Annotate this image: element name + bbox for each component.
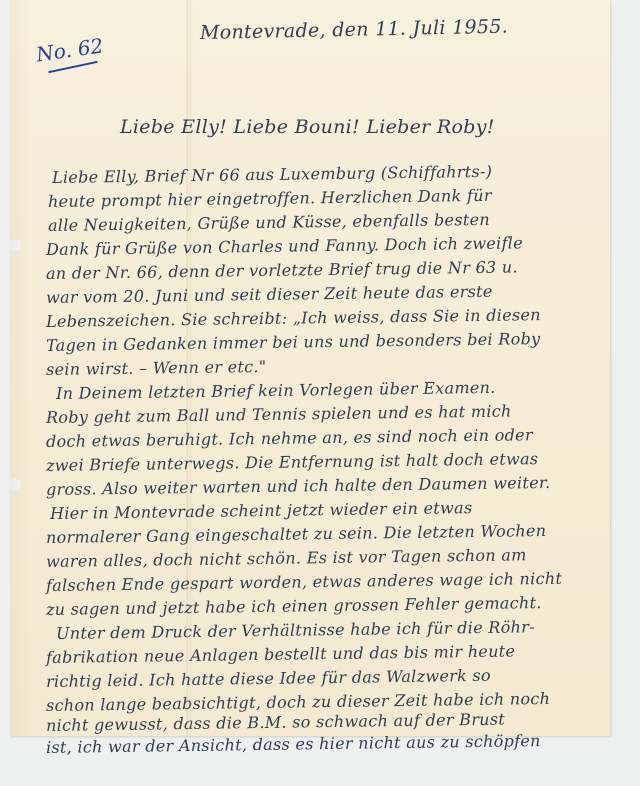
letter-line: heute prompt hier eingetroffen. Herzlich… bbox=[48, 186, 492, 211]
letter-line: Lebenszeichen. Sie schreibt: „Ich weiss,… bbox=[46, 305, 541, 331]
letter-line: ist, ich war der Ansicht, dass es hier n… bbox=[46, 731, 541, 757]
scanned-letter: No. 62 Montevrade, den 11. Juli 1955. Li… bbox=[0, 0, 640, 786]
letter-line: sein wirst. – Wenn er etc." bbox=[46, 357, 267, 379]
letter-sheet: No. 62 Montevrade, den 11. Juli 1955. Li… bbox=[10, 0, 610, 736]
letter-line: richtig leid. Ich hatte diese Idee für d… bbox=[46, 666, 491, 691]
letter-line: Roby geht zum Ball und Tennis spielen un… bbox=[46, 402, 512, 427]
letter-line: gross. Also weiter warten und ich halte … bbox=[46, 473, 551, 499]
letter-line: doch etwas beruhigt. Ich nehme an, es si… bbox=[46, 425, 533, 451]
letter-line: In Deinem letzten Brief kein Vorlegen üb… bbox=[56, 378, 496, 403]
salutation: Liebe Elly! Liebe Bouni! Lieber Roby! bbox=[120, 116, 495, 138]
letter-line: an der Nr. 66, denn der vorletzte Brief … bbox=[46, 257, 518, 283]
letter-line: Hier in Montevrade scheint jetzt wieder … bbox=[50, 498, 473, 523]
letter-line: falschen Ende gespart worden, etwas ande… bbox=[46, 569, 562, 595]
letter-line: alle Neuigkeiten, Grüße und Küsse, ebenf… bbox=[48, 210, 490, 235]
letter-line: zwei Briefe unterwegs. Die Entfernung is… bbox=[46, 449, 539, 475]
punch-hole-bottom bbox=[8, 478, 22, 492]
letter-line: Tagen in Gedanken immer bei uns und beso… bbox=[46, 329, 541, 355]
letter-line: waren alles, doch nicht schön. Es ist vo… bbox=[46, 545, 527, 571]
punch-hole-top bbox=[8, 238, 22, 252]
letter-line: war vom 20. Juni und seit dieser Zeit he… bbox=[46, 282, 493, 307]
letter-line: fabrikation neue Anlagen bestellt und da… bbox=[46, 641, 515, 667]
letter-line: Unter dem Druck der Verhältnisse habe ic… bbox=[56, 617, 535, 643]
letter-line: Dank für Grüße von Charles und Fanny. Do… bbox=[46, 233, 523, 259]
letter-line: normalerer Gang eingeschaltet zu sein. D… bbox=[46, 521, 547, 547]
dateline: Montevrade, den 11. Juli 1955. bbox=[200, 16, 508, 44]
letter-line: Liebe Elly, Brief Nr 66 aus Luxemburg (S… bbox=[52, 162, 492, 187]
letter-line: zu sagen und jetzt habe ich einen grosse… bbox=[46, 593, 542, 619]
